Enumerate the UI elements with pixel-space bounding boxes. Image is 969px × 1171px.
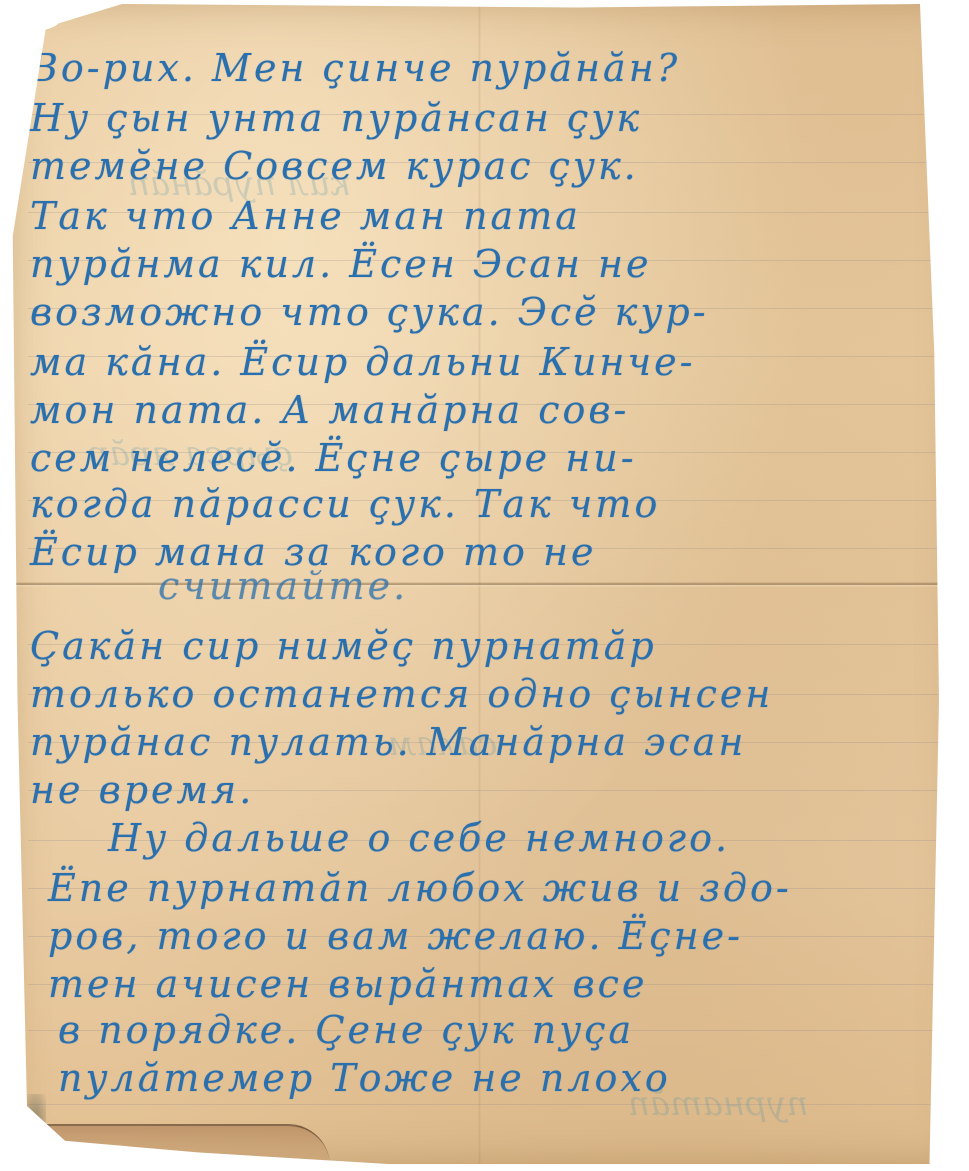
letter-line: не время.	[30, 768, 254, 812]
letter-line: в порядке. Ҫене ҫук пуҫа	[58, 1008, 634, 1052]
letter-line: Так что Анне ман пата	[30, 194, 581, 238]
torn-edge	[30, 1124, 330, 1166]
letter-line: когда пӑрасси ҫук. Так что	[30, 482, 660, 526]
water-stain	[24, 1094, 46, 1154]
horizontal-fold-crease	[8, 582, 958, 587]
letter-line: ров, того и вам желаю. Ёҫне-	[48, 914, 743, 958]
letter-line: Во-рих. Мен ҫинче пурӑнӑн?	[30, 46, 680, 90]
letter-line: тен ачисен вырӑнтах все	[48, 962, 647, 1006]
letter-line: пурӑнас пулать. Манӑрна эсан	[30, 720, 746, 764]
letter-line: мон пата. А манӑрна сов-	[30, 388, 629, 432]
letter-line: Ҫакӑн сир нимӗҫ пурнатӑр	[30, 624, 657, 668]
letter-line: пурӑнма кил. Ёсен Эсан не	[30, 242, 652, 286]
letter-page: кил пурӑнӑп ҫырса ярӑр салам пурнатӑп Во…	[8, 4, 958, 1164]
letter-line: пулӑтемер Тоже не плохо	[58, 1056, 671, 1100]
letter-line: ма кӑна. Ёсир дальни Кинче-	[30, 340, 695, 384]
letter-line: Ну ҫын унта пурӑнсан ҫук	[30, 96, 642, 140]
letter-line: Ну дальше о себе немного.	[108, 816, 730, 860]
letter-line: темӗне Совсем курас ҫук.	[30, 144, 639, 188]
letter-line: считайте.	[158, 564, 408, 608]
letter-line: Ёпе пурнатӑп любох жив и здо-	[48, 866, 792, 910]
letter-line: возможно что ҫука. Эсӗ кур-	[30, 290, 709, 334]
letter-line: сем нелесӗ. Ёҫне ҫыре ни-	[30, 436, 637, 480]
letter-line: только останется одно ҫынсен	[30, 672, 773, 716]
